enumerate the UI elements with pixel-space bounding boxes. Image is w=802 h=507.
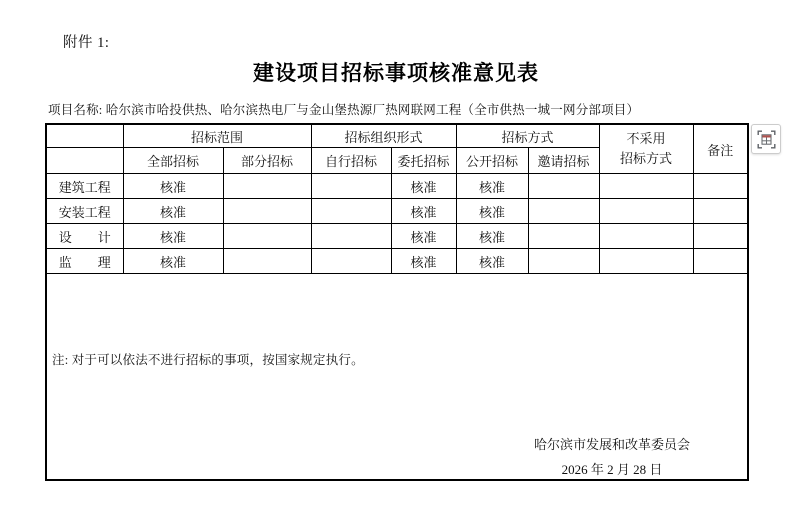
table-capture-icon (757, 130, 776, 149)
attachment-label: 附件 1: (63, 31, 109, 52)
project-name-line: 项目名称: 哈尔滨市哈投供热、哈尔滨热电厂与金山堡热源厂热网联网工程（全市供热一… (48, 100, 639, 118)
header-open-bidding: 公开招标 (456, 148, 528, 174)
header-no-bidding: 不采用 招标方式 (599, 124, 693, 174)
table-row-installation: 安装工程 核准 核准 核准 (46, 199, 748, 224)
table-cell (311, 174, 391, 199)
table-cell: 核准 (123, 199, 223, 224)
table-cell: 核准 (391, 224, 456, 249)
signature-org: 哈尔滨市发展和改革委员会 (497, 432, 727, 457)
document-page: 附件 1: 建设项目招标事项核准意见表 项目名称: 哈尔滨市哈投供热、哈尔滨热电… (0, 0, 802, 507)
table-cell: 核准 (456, 174, 528, 199)
table-cell: 核准 (123, 249, 223, 274)
row-label-cell: 设计 (46, 224, 123, 249)
table-row-design: 设计 核准 核准 核准 (46, 224, 748, 249)
table-cell (693, 199, 748, 224)
row-label: 设计 (59, 227, 111, 246)
header-partial-bidding: 部分招标 (223, 148, 311, 174)
corner-cell-top (46, 124, 123, 148)
table-cell (311, 249, 391, 274)
header-self-bidding: 自行招标 (311, 148, 391, 174)
row-label: 建筑工程 (59, 177, 111, 196)
table-cell (693, 174, 748, 199)
table-cell (223, 199, 311, 224)
row-label-cell: 监理 (46, 249, 123, 274)
row-label-cell: 安装工程 (46, 199, 123, 224)
header-invited-bidding: 邀请招标 (528, 148, 599, 174)
signature-block: 哈尔滨市发展和改革委员会 2026 年 2 月 28 日 (497, 432, 727, 480)
table-cell: 核准 (456, 199, 528, 224)
row-label: 安装工程 (59, 202, 111, 221)
table-cell (528, 199, 599, 224)
table-cell: 核准 (456, 224, 528, 249)
table-cell (528, 174, 599, 199)
page-title: 建设项目招标事项核准意见表 (45, 57, 747, 87)
approval-table: 招标范围 招标组织形式 招标方式 不采用 招标方式 备注 全部招标 部分招标 自… (45, 123, 749, 481)
row-label: 监理 (59, 252, 111, 271)
table-cell: 核准 (391, 249, 456, 274)
header-remarks: 备注 (693, 124, 748, 174)
table-row-construction: 建筑工程 核准 核准 核准 (46, 174, 748, 199)
table-cell: 核准 (391, 174, 456, 199)
table-cell (599, 174, 693, 199)
table-cell (693, 224, 748, 249)
table-cell (311, 199, 391, 224)
table-cell (528, 224, 599, 249)
header-group-organization: 招标组织形式 (311, 124, 456, 148)
table-cell (693, 249, 748, 274)
table-cell (599, 199, 693, 224)
table-row-footer: 注: 对于可以依法不进行招标的事项，按国家规定执行。 哈尔滨市发展和改革委员会 … (46, 274, 748, 481)
header-row-groups: 招标范围 招标组织形式 招标方式 不采用 招标方式 备注 (46, 124, 748, 148)
note-text: 注: 对于可以依法不进行招标的事项，按国家规定执行。 (52, 350, 364, 368)
table-capture-button[interactable] (751, 124, 781, 154)
header-group-method: 招标方式 (456, 124, 599, 148)
table-cell (223, 174, 311, 199)
table-cell: 核准 (391, 199, 456, 224)
table-cell (599, 224, 693, 249)
table-cell: 核准 (123, 174, 223, 199)
table-cell (223, 224, 311, 249)
table-row-supervision: 监理 核准 核准 核准 (46, 249, 748, 274)
table-cell (599, 249, 693, 274)
header-full-bidding: 全部招标 (123, 148, 223, 174)
table-cell (223, 249, 311, 274)
header-group-scope: 招标范围 (123, 124, 311, 148)
table-cell (311, 224, 391, 249)
table-cell (528, 249, 599, 274)
table-cell: 核准 (456, 249, 528, 274)
header-entrusted-bidding: 委托招标 (391, 148, 456, 174)
table-cell: 核准 (123, 224, 223, 249)
footer-merged-cell: 注: 对于可以依法不进行招标的事项，按国家规定执行。 哈尔滨市发展和改革委员会 … (46, 274, 748, 481)
row-label-cell: 建筑工程 (46, 174, 123, 199)
signature-date: 2026 年 2 月 28 日 (497, 457, 727, 480)
corner-cell-bottom (46, 148, 123, 174)
